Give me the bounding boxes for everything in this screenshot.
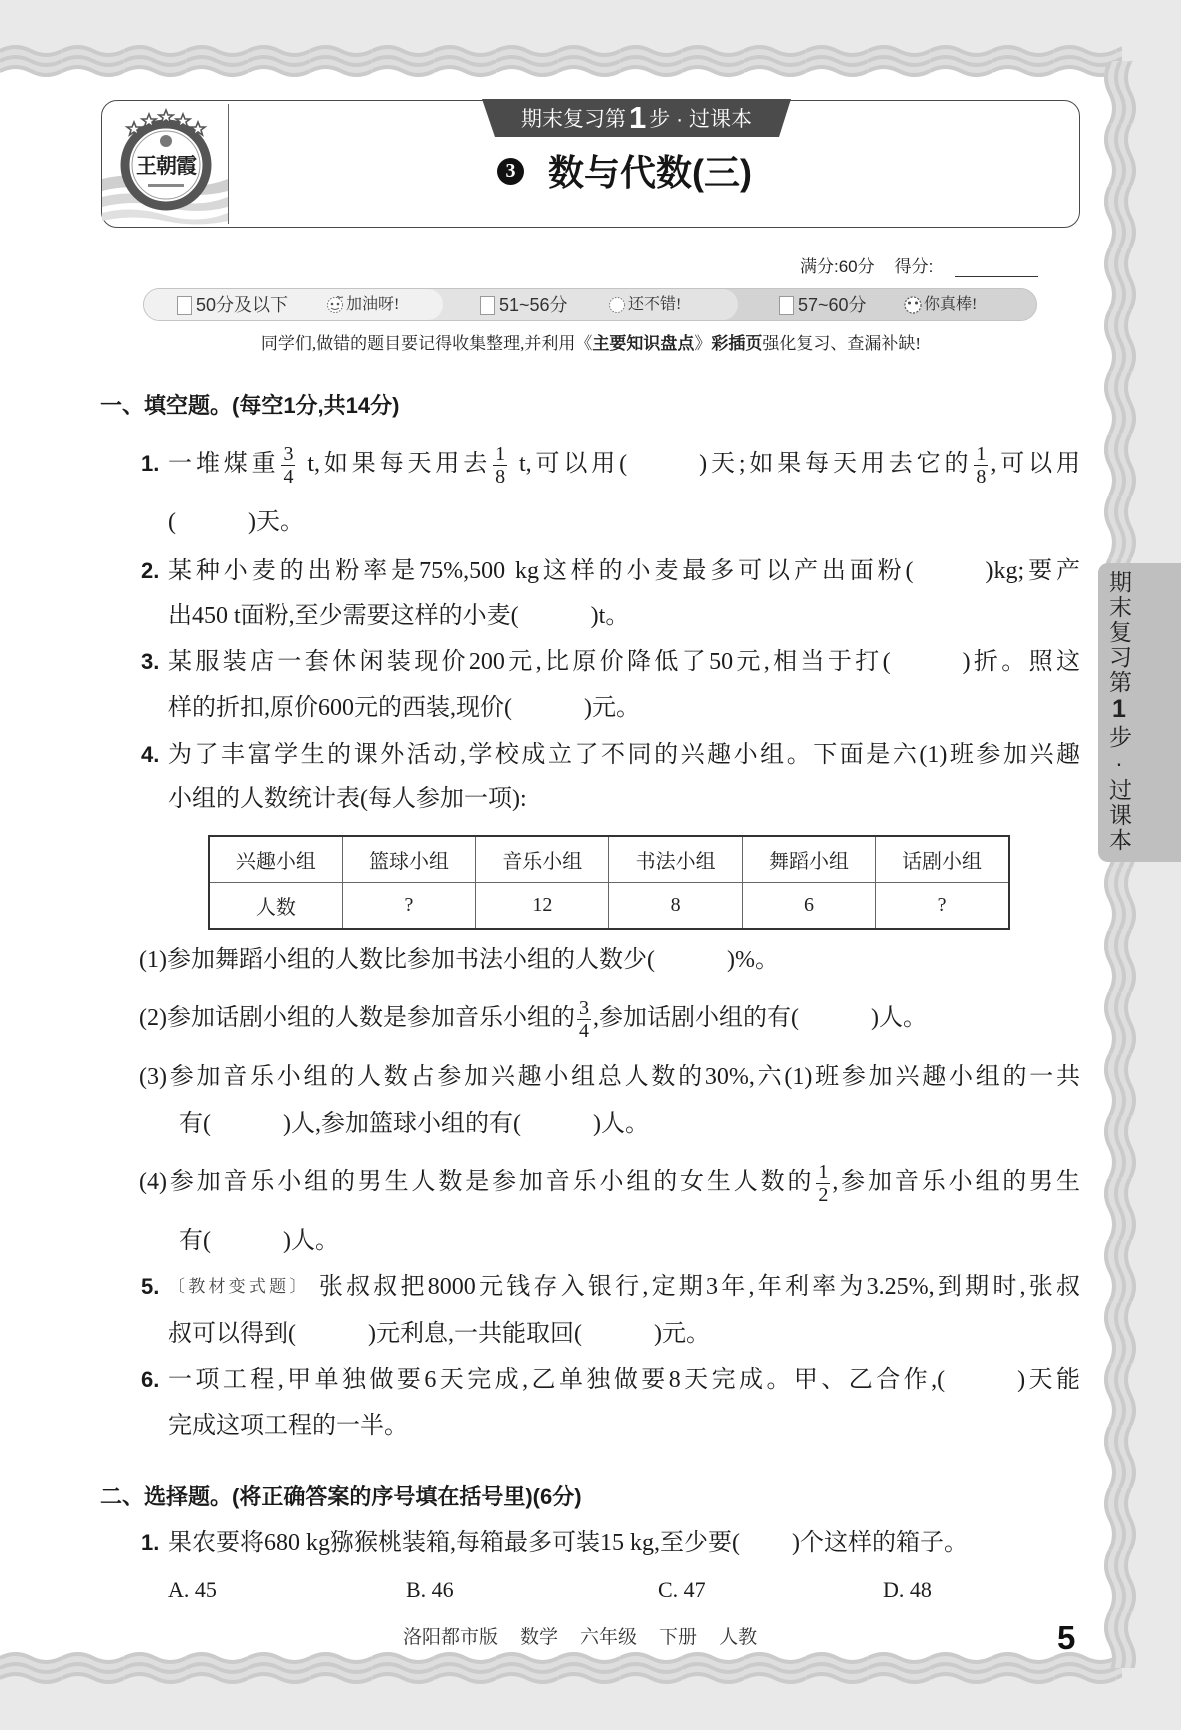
question-text: (4)参加音乐小组的男生人数是参加音乐小组的女生人数的 xyxy=(139,1169,814,1195)
textbook-variant-tag: 〔教材变式题〕 xyxy=(168,1277,310,1296)
question-4-line-1: 为了丰富学生的课外活动,学校成立了不同的兴趣小组。下面是六(1)班参加兴趣 xyxy=(168,738,1080,772)
fraction-numerator: 3 xyxy=(281,443,295,465)
footer-grade: 六年级 xyxy=(580,1627,637,1648)
answer-blank[interactable] xyxy=(176,519,248,529)
question-text: )天能 xyxy=(1017,1367,1080,1393)
question-text: ( xyxy=(168,509,176,535)
question-text: 有( xyxy=(179,1228,211,1254)
question-text: )天。 xyxy=(248,509,304,535)
fraction: 34 xyxy=(281,443,295,488)
fraction: 18 xyxy=(974,443,988,488)
question-text: )人。 xyxy=(871,1005,927,1031)
face-smile-icon xyxy=(608,296,626,314)
table-cell: ? xyxy=(342,883,475,930)
question-text: )折。照这 xyxy=(963,649,1080,675)
question-number: 6. xyxy=(141,1363,159,1397)
question-3-line-1: 某服装店一套休闲装现价200元,比原价降低了50元,相当于打()折。照这 xyxy=(168,645,1080,679)
fraction-denominator: 2 xyxy=(816,1183,830,1206)
question-number: 1. xyxy=(141,1526,159,1560)
stage-tab-label: 期末复习第1步 · 过课本 xyxy=(483,99,790,137)
table-cell: 12 xyxy=(476,883,609,930)
question-text: )元。 xyxy=(654,1321,710,1347)
side-tab-label: 期末复习第1步·过课本 xyxy=(1104,570,1134,856)
stage-tab-pre: 期末复习第 xyxy=(521,108,626,131)
answer-blank[interactable] xyxy=(512,705,584,715)
question-text: 张叔叔把8000元钱存入银行,定期3年,年利率为3.25%,到期时,张叔 xyxy=(310,1274,1080,1300)
answer-blank[interactable] xyxy=(891,659,963,669)
sub-question-3-line-1: (3)参加音乐小组的人数占参加兴趣小组总人数的30%,六(1)班参加兴趣小组的一… xyxy=(139,1060,1080,1094)
fraction: 34 xyxy=(577,997,591,1042)
question-number: 2. xyxy=(141,554,159,588)
page-number: 5 xyxy=(1057,1619,1075,1657)
sub-question-3-line-2: 有()人,参加篮球小组的有()人。 xyxy=(179,1107,649,1141)
page-title: 数与代数(三) xyxy=(548,150,752,196)
table-cell: 人数 xyxy=(209,883,342,930)
table-cell: 6 xyxy=(742,883,875,930)
question-text: 叔可以得到( xyxy=(168,1321,296,1347)
choice-question-1: 果农要将680 kg猕猴桃装箱,每箱最多可装15 kg,至少要()个这样的箱子。 xyxy=(168,1526,968,1560)
table-header-row: 兴趣小组 篮球小组 音乐小组 书法小组 舞蹈小组 话剧小组 xyxy=(209,836,1009,883)
question-text: 一项工程,甲单独做要6天完成,乙单独做要8天完成。甲、乙合作,( xyxy=(168,1367,945,1393)
answer-blank[interactable] xyxy=(296,1331,368,1341)
answer-blank[interactable] xyxy=(945,1377,1017,1387)
answer-blank[interactable] xyxy=(627,461,699,471)
review-notice: 同学们,做错的题目要记得收集整理,并利用《主要知识盘点》彩插页强化复习、查漏补缺… xyxy=(141,332,1041,356)
level-2-comment: 还不错! xyxy=(628,294,681,316)
fraction-numerator: 1 xyxy=(974,443,988,465)
question-text: 某种小麦的出粉率是75%,500 kg这样的小麦最多可以产出面粉( xyxy=(168,558,914,584)
section-heading-fill-blank: 一、填空题。(每空1分,共14分) xyxy=(100,389,399,423)
question-text: 样的折扣,原价600元的西装,现价( xyxy=(168,695,512,721)
header-divider xyxy=(228,104,229,224)
question-3-line-2: 样的折扣,原价600元的西装,现价()元。 xyxy=(168,691,640,725)
answer-blank[interactable] xyxy=(799,1015,871,1025)
question-text: t,如果每天用去 xyxy=(297,451,491,477)
question-1-line-1: 一堆煤重34 t,如果每天用去18 t,可以用()天;如果每天用去它的18,可以… xyxy=(168,447,1080,481)
stage-tab-post: 步 · 过课本 xyxy=(649,108,752,131)
question-text: (2)参加话剧小组的人数是参加音乐小组的 xyxy=(139,1005,575,1031)
notice-text: 同学们,做错的题目要记得收集整理,并利用《 xyxy=(261,334,593,353)
question-text: 某服装店一套休闲装现价200元,比原价降低了50元,相当于打( xyxy=(168,649,891,675)
table-row: 人数 ? 12 8 6 ? xyxy=(209,883,1009,930)
checkbox-level-2[interactable] xyxy=(480,296,495,315)
fraction-denominator: 4 xyxy=(281,465,295,488)
answer-blank[interactable] xyxy=(582,1331,654,1341)
notice-highlight-knowledge: 主要知识盘点 xyxy=(592,334,694,353)
notice-highlight-insert: 彩插页 xyxy=(711,334,762,353)
question-text: )t。 xyxy=(591,603,630,629)
logo-text: 王朝霞 xyxy=(134,150,198,180)
answer-blank[interactable] xyxy=(211,1121,283,1131)
level-1-comment: 加油呀! xyxy=(346,294,399,316)
level-1-range: 50分及以下 xyxy=(196,293,288,317)
question-number: 5. xyxy=(141,1270,159,1304)
footer-subject: 数学 xyxy=(520,1627,558,1648)
footer-volume: 下册 xyxy=(659,1627,697,1648)
worksheet-page: 王朝霞 期末复习第1步 · 过课本 3 数与代数(三) 满分:60分得分: 50… xyxy=(0,0,1181,1730)
question-text: )人,参加篮球小组的有( xyxy=(283,1111,521,1137)
table-cell: ? xyxy=(876,883,1009,930)
question-number: 1. xyxy=(141,447,159,481)
question-4-line-2: 小组的人数统计表(每人参加一项): xyxy=(168,782,527,816)
level-3-comment: 你真棒! xyxy=(924,294,977,316)
question-text: 有( xyxy=(179,1111,211,1137)
notice-text: 强化复习、查漏补缺! xyxy=(762,334,921,353)
level-3-range: 57~60分 xyxy=(798,293,867,317)
question-text: ,参加音乐小组的男生 xyxy=(832,1169,1080,1195)
full-score-label: 满分:60分 xyxy=(800,257,875,276)
question-2-line-1: 某种小麦的出粉率是75%,500 kg这样的小麦最多可以产出面粉()kg;要产 xyxy=(168,554,1080,588)
table-cell: 书法小组 xyxy=(609,836,742,883)
question-text: )%。 xyxy=(727,947,779,973)
unit-number-badge: 3 xyxy=(497,158,524,185)
question-text: )个这样的箱子。 xyxy=(792,1530,968,1556)
stage-tab-step: 1 xyxy=(629,100,646,135)
sub-question-4-line-2: 有()人。 xyxy=(179,1224,339,1258)
checkbox-level-1[interactable] xyxy=(177,296,192,315)
interest-group-table: 兴趣小组 篮球小组 音乐小组 书法小组 舞蹈小组 话剧小组 人数 ? 12 8 … xyxy=(208,835,1010,930)
section-heading-multiple-choice: 二、选择题。(将正确答案的序号填在括号里)(6分) xyxy=(100,1480,582,1514)
score-input-line[interactable] xyxy=(955,276,1038,277)
question-text: )kg;要产 xyxy=(986,558,1080,584)
fraction: 12 xyxy=(816,1161,830,1206)
sub-question-1: (1)参加舞蹈小组的人数比参加书法小组的人数少()%。 xyxy=(139,943,779,977)
sub-question-4-line-1: (4)参加音乐小组的男生人数是参加音乐小组的女生人数的12,参加音乐小组的男生 xyxy=(139,1165,1080,1199)
option-d[interactable]: D. 48 xyxy=(883,1573,932,1607)
answer-blank[interactable] xyxy=(211,1238,283,1248)
fraction-numerator: 1 xyxy=(493,443,507,465)
option-a[interactable]: A. 45 xyxy=(168,1573,217,1607)
level-2-range: 51~56分 xyxy=(499,293,568,317)
table-cell: 舞蹈小组 xyxy=(742,836,875,883)
table-cell: 音乐小组 xyxy=(476,836,609,883)
question-text: )天;如果每天用去它的 xyxy=(699,451,972,477)
table-cell: 篮球小组 xyxy=(342,836,475,883)
fraction-denominator: 4 xyxy=(577,1019,591,1042)
answer-blank[interactable] xyxy=(519,613,591,623)
question-text: )人。 xyxy=(593,1111,649,1137)
sub-question-2: (2)参加话剧小组的人数是参加音乐小组的34,参加话剧小组的有()人。 xyxy=(139,1001,927,1035)
option-c[interactable]: C. 47 xyxy=(658,1573,706,1607)
question-6-line-1: 一项工程,甲单独做要6天完成,乙单独做要8天完成。甲、乙合作,()天能 xyxy=(168,1363,1080,1397)
table-cell: 话剧小组 xyxy=(876,836,1009,883)
option-b[interactable]: B. 46 xyxy=(406,1573,454,1607)
question-number: 3. xyxy=(141,645,159,679)
table-cell: 8 xyxy=(609,883,742,930)
question-text: 出450 t面粉,至少需要这样的小麦( xyxy=(168,603,519,629)
question-number: 4. xyxy=(141,738,159,772)
question-text: )元。 xyxy=(584,695,640,721)
question-6-line-2: 完成这项工程的一半。 xyxy=(168,1409,408,1443)
side-tab-step: 1 xyxy=(1105,695,1133,725)
footer-publisher: 人教 xyxy=(719,1627,757,1648)
footer-edition: 洛阳都市版 xyxy=(403,1627,498,1648)
fraction-numerator: 1 xyxy=(816,1161,830,1183)
notice-text: 》 xyxy=(694,334,711,353)
question-text: 果农要将680 kg猕猴桃装箱,每箱最多可装15 kg,至少要( xyxy=(168,1530,740,1556)
question-text: )人。 xyxy=(283,1228,339,1254)
question-text: (1)参加舞蹈小组的人数比参加书法小组的人数少( xyxy=(139,947,655,973)
answer-blank[interactable] xyxy=(740,1540,792,1550)
fraction-numerator: 3 xyxy=(577,997,591,1019)
face-happy-icon xyxy=(903,296,923,314)
question-2-line-2: 出450 t面粉,至少需要这样的小麦()t。 xyxy=(168,599,629,633)
table-cell: 兴趣小组 xyxy=(209,836,342,883)
question-text: t,可以用( xyxy=(509,451,627,477)
score-got-label: 得分: xyxy=(895,257,934,276)
question-text: ,可以用 xyxy=(990,451,1080,477)
question-5-line-1: 〔教材变式题〕 张叔叔把8000元钱存入银行,定期3年,年利率为3.25%,到期… xyxy=(168,1270,1080,1304)
fraction-denominator: 8 xyxy=(493,465,507,488)
fraction-denominator: 8 xyxy=(974,465,988,488)
question-text: )元利息,一共能取回( xyxy=(368,1321,582,1347)
side-tab-text: 步·过课本 xyxy=(1106,725,1132,853)
question-text: ,参加话剧小组的有( xyxy=(593,1005,799,1031)
question-text: 一堆煤重 xyxy=(168,451,279,477)
checkbox-level-3[interactable] xyxy=(779,296,794,315)
answer-blank[interactable] xyxy=(655,957,727,967)
question-1-line-2: ()天。 xyxy=(168,505,304,539)
answer-blank[interactable] xyxy=(521,1121,593,1131)
side-tab-text: 期末复习第 xyxy=(1106,570,1132,695)
footer-edition-info: 洛阳都市版数学六年级下册人教 xyxy=(403,1626,779,1650)
answer-blank[interactable] xyxy=(914,568,986,578)
fraction: 18 xyxy=(493,443,507,488)
face-cheer-icon xyxy=(326,296,344,314)
score-line: 满分:60分得分: xyxy=(800,256,933,278)
question-5-line-2: 叔可以得到()元利息,一共能取回()元。 xyxy=(168,1317,710,1351)
